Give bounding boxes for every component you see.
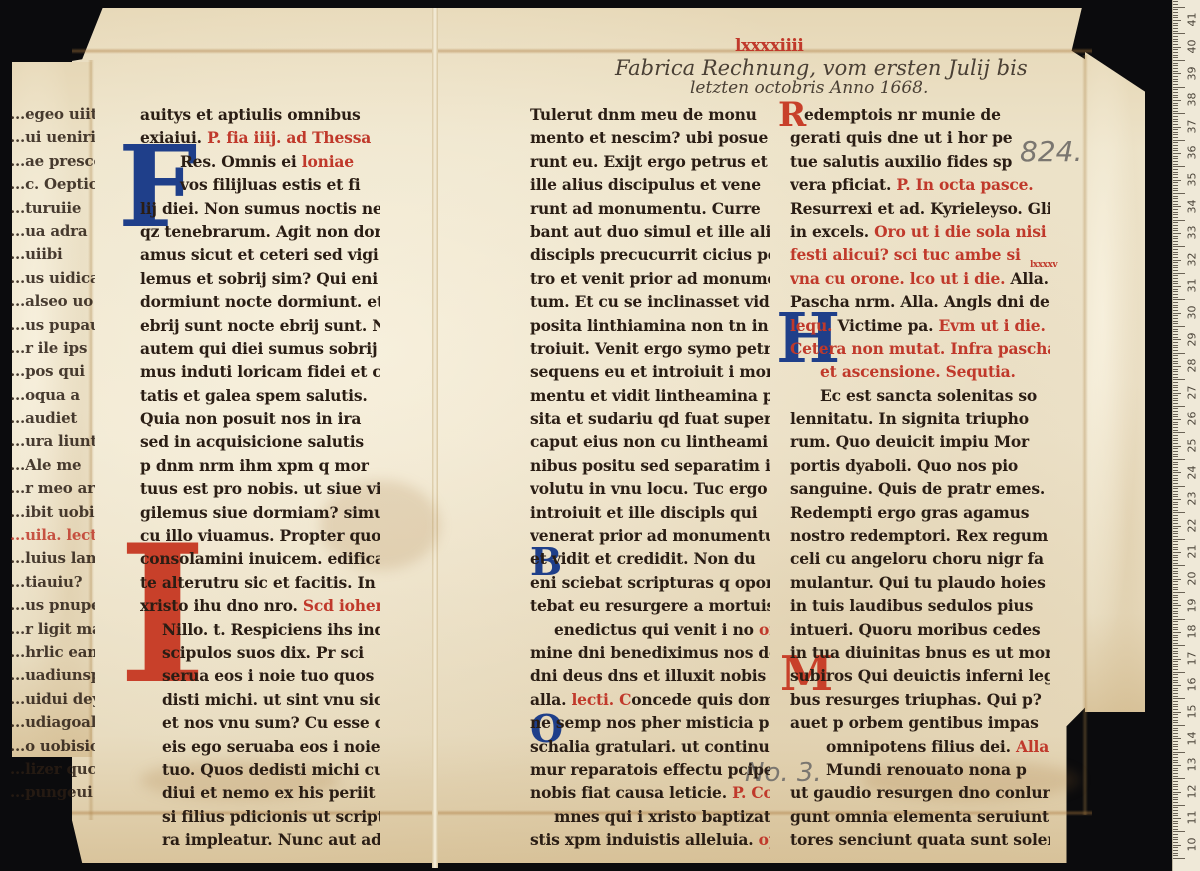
ruler-label: 26 — [1186, 410, 1199, 428]
ruler-tick — [1173, 494, 1178, 495]
text-line: tro et venit prior ad monume — [530, 267, 770, 290]
ruler-tick — [1173, 704, 1178, 705]
ruler-tick — [1173, 738, 1181, 739]
ruler-tick — [1173, 725, 1185, 726]
ruler-tick — [1173, 717, 1178, 718]
ruler-tick — [1173, 839, 1178, 840]
ruler-tick — [1173, 603, 1178, 604]
text-line-rubric: festi alicui? sci tuc ambe si — [790, 243, 1050, 266]
ruler-tick — [1173, 307, 1178, 308]
ruler-tick — [1173, 685, 1181, 686]
ruler-tick — [1173, 520, 1178, 521]
ruler-tick — [1173, 669, 1178, 670]
text-line: ...pos qui — [10, 361, 95, 384]
ruler-tick — [1173, 252, 1178, 253]
ruler-tick — [1173, 432, 1185, 433]
ruler-tick — [1173, 502, 1178, 503]
ruler-tick — [1173, 137, 1178, 138]
ruler-tick — [1173, 331, 1178, 332]
text-line: ...r ile ips — [10, 338, 95, 361]
text-line: troiuit. Venit ergo symo petr — [530, 337, 770, 360]
text-line: ...luius lam — [10, 548, 95, 571]
ruler-label: 31 — [1186, 277, 1199, 295]
ruler-tick — [1173, 31, 1178, 32]
ruler-tick — [1173, 95, 1178, 96]
text-line: ne semp nos pher misticia pa — [530, 711, 770, 734]
ruler-tick — [1173, 190, 1178, 191]
ruler-label: 15 — [1186, 703, 1199, 721]
text-line: sequens eu et introiuit i monu — [530, 360, 770, 383]
ruler-tick — [1173, 25, 1178, 26]
ruler-tick — [1173, 754, 1178, 755]
ruler-tick — [1173, 416, 1178, 417]
ruler-tick — [1173, 177, 1178, 178]
ruler-tick — [1173, 467, 1178, 468]
ruler-tick — [1173, 701, 1178, 702]
ruler-tick — [1173, 794, 1178, 795]
text-line: ...ua adra — [10, 221, 95, 244]
ruler-tick — [1173, 204, 1178, 205]
text-line: Resurrexi et ad. Kyrieleyso. Glia — [790, 197, 1050, 220]
text-line: tue salutis auxilio fides sp — [790, 150, 1050, 173]
text-line: mur reparatois effectu pcipe — [530, 758, 770, 781]
ruler-tick — [1173, 411, 1178, 412]
ruler-tick — [1173, 313, 1181, 314]
text-line: ...pungeui — [10, 782, 95, 805]
ruler-tick — [1173, 544, 1178, 545]
ruler-tick — [1173, 382, 1178, 383]
text-line: gilemus siue dormiam? simul — [140, 501, 380, 524]
text-line: Nillo. t. Respiciens ihs indi — [140, 618, 380, 641]
text-line: ...us pupaue — [10, 315, 95, 338]
ruler-tick — [1173, 488, 1178, 489]
ruler-tick — [1173, 690, 1178, 691]
text-line: mnes qui i xristo baptizati e — [530, 805, 770, 828]
text-line: auet p orbem gentibus impas — [790, 711, 1050, 734]
ruler-tick — [1173, 238, 1178, 239]
ruler-tick — [1173, 722, 1178, 723]
ruler-tick — [1173, 595, 1178, 596]
ruler-tick — [1173, 185, 1178, 186]
ruler-tick — [1173, 563, 1178, 564]
ruler-label: 23 — [1186, 490, 1199, 508]
text-line: mulantur. Qui tu plaudo hoies — [790, 571, 1050, 594]
ruler-tick — [1173, 92, 1178, 93]
ruler-tick — [1173, 119, 1178, 120]
text-line: bant aut duo simul et ille ali — [530, 220, 770, 243]
ruler-tick — [1173, 214, 1178, 215]
ruler-tick — [1173, 600, 1178, 601]
ruler-tick — [1173, 624, 1178, 625]
ruler-tick — [1173, 592, 1185, 593]
ruler-tick — [1173, 79, 1178, 80]
ruler-tick — [1173, 158, 1178, 159]
ruler-tick — [1173, 403, 1178, 404]
ruler-tick — [1173, 491, 1178, 492]
ruler-tick — [1173, 635, 1178, 636]
ruler-tick — [1173, 33, 1185, 34]
ruler-tick — [1173, 629, 1178, 630]
ruler-tick — [1173, 557, 1178, 558]
ruler-tick — [1173, 291, 1178, 292]
ruler-tick — [1173, 589, 1178, 590]
ruler-tick — [1173, 627, 1178, 628]
ruler-tick — [1173, 275, 1178, 276]
ruler-tick — [1173, 730, 1178, 731]
ruler-tick — [1173, 81, 1178, 82]
ruler-tick — [1173, 281, 1178, 282]
ruler-tick — [1173, 536, 1178, 537]
text-line: tores senciunt quata sunt solemna. — [790, 828, 1050, 851]
ruler-label: 17 — [1186, 649, 1199, 667]
ruler-tick — [1173, 321, 1178, 322]
ruler-tick — [1173, 510, 1178, 511]
ruler-tick — [1173, 579, 1181, 580]
top-fold-line — [72, 48, 1092, 54]
ruler-tick — [1173, 188, 1178, 189]
ruler-tick — [1173, 4, 1178, 5]
text-line: nostro redemptori. Rex regum — [790, 524, 1050, 547]
ruler-label: 34 — [1186, 197, 1199, 215]
ruler-tick — [1173, 390, 1178, 391]
ruler-tick — [1173, 746, 1178, 747]
ruler-tick — [1173, 310, 1178, 311]
ruler-label: 19 — [1186, 596, 1199, 614]
ruler-tick — [1173, 571, 1178, 572]
ruler-tick — [1173, 637, 1178, 638]
ruler-tick — [1173, 478, 1178, 479]
ruler-tick — [1173, 831, 1185, 832]
ruler-tick — [1173, 549, 1178, 550]
ruler-tick — [1173, 688, 1178, 689]
ruler-tick — [1173, 813, 1178, 814]
ruler-tick — [1173, 515, 1178, 516]
text-line: ...us uidica — [10, 268, 95, 291]
text-line: enedictus qui venit i no offi. — [530, 618, 770, 641]
ruler-tick — [1173, 776, 1178, 777]
ruler-tick — [1173, 161, 1178, 162]
text-line: mus induti loricam fidei et cari — [140, 360, 380, 383]
archival-title-line1: Fabrica Rechnung, vom ersten Julij bis — [615, 56, 1028, 80]
text-line: mine dni benediximus nos de domo — [530, 641, 770, 664]
ruler-tick — [1173, 523, 1178, 524]
ruler-tick — [1173, 347, 1178, 348]
ruler-tick — [1173, 73, 1181, 74]
ruler-tick — [1173, 480, 1178, 481]
text-line: mentu et vidit lintheamina po — [530, 384, 770, 407]
ruler-tick — [1173, 297, 1178, 298]
ruler-tick — [1173, 762, 1178, 763]
text-line: ...c. Oeptio — [10, 174, 95, 197]
text-line: ...ibit uobis. — [10, 502, 95, 525]
ruler-tick — [1173, 640, 1178, 641]
ruler-tick — [1173, 797, 1178, 798]
ruler-tick — [1173, 52, 1178, 53]
ruler-label: 42 — [1186, 0, 1199, 2]
text-line: lemus et sobrij sim? Qui eni — [140, 267, 380, 290]
ruler-label: 11 — [1186, 809, 1199, 827]
text-line: ...uidui deyer — [10, 689, 95, 712]
ruler-tick — [1173, 36, 1178, 37]
ruler-tick — [1173, 823, 1178, 824]
text-line: tatis et galea spem salutis. — [140, 384, 380, 407]
ruler-tick — [1173, 377, 1178, 378]
ruler-label: 21 — [1186, 543, 1199, 561]
ruler-tick — [1173, 584, 1178, 585]
right-fold-line — [1082, 55, 1088, 815]
ruler-tick — [1173, 661, 1178, 662]
text-line: ...audiet — [10, 408, 95, 431]
ruler-tick — [1173, 518, 1178, 519]
ruler-tick — [1173, 706, 1178, 707]
ruler-label: 27 — [1186, 383, 1199, 401]
ruler-tick — [1173, 656, 1178, 657]
text-line: gerati quis dne ut i hor pe — [790, 126, 1050, 149]
text-line: Ec est sancta solenitas so — [790, 384, 1050, 407]
ruler-tick — [1173, 709, 1178, 710]
ruler-tick — [1173, 201, 1178, 202]
ruler-tick — [1173, 696, 1178, 697]
ruler-label: 25 — [1186, 437, 1199, 455]
text-line: ...r ligit ma — [10, 619, 95, 642]
ruler-tick — [1173, 651, 1178, 652]
text-line: consolamini inuicem. edifica — [140, 547, 380, 570]
ruler-label: 32 — [1186, 250, 1199, 268]
ruler-tick — [1173, 116, 1178, 117]
ruler-label: 33 — [1186, 224, 1199, 242]
ruler-tick — [1173, 765, 1181, 766]
ruler-tick — [1173, 486, 1185, 487]
ruler-label: 37 — [1186, 117, 1199, 135]
ruler-tick — [1173, 784, 1178, 785]
text-line: xristo ihu dno nro. Scd iohem. — [140, 594, 380, 617]
ruler-tick — [1173, 733, 1178, 734]
ruler-tick — [1173, 254, 1178, 255]
ruler-tick — [1173, 350, 1178, 351]
ruler-tick — [1173, 41, 1178, 42]
ruler-tick — [1173, 698, 1185, 699]
ruler-tick — [1173, 552, 1181, 553]
ruler-tick — [1173, 345, 1178, 346]
ruler-tick — [1173, 666, 1178, 667]
ruler-tick — [1173, 419, 1181, 420]
ruler-tick — [1173, 573, 1178, 574]
ruler-tick — [1173, 217, 1178, 218]
text-line: ...tiauiu? — [10, 572, 95, 595]
ruler-tick — [1173, 246, 1185, 247]
text-line: gunt omnia elementa seruiunt et aut — [790, 805, 1050, 828]
ruler-tick — [1173, 323, 1178, 324]
text-line-rubric: ...uila. lecti. — [10, 525, 95, 548]
ruler-tick — [1173, 339, 1181, 340]
ruler-tick — [1173, 169, 1178, 170]
ruler-tick — [1173, 672, 1185, 673]
ruler-tick — [1173, 786, 1178, 787]
ruler-tick — [1173, 760, 1178, 761]
ruler-tick — [1173, 621, 1178, 622]
ruler-tick — [1173, 443, 1178, 444]
ruler-tick — [1173, 781, 1178, 782]
ruler-tick — [1173, 369, 1178, 370]
text-column-1: auitys et aptiulis omnibus exiaiui. P. f… — [140, 103, 380, 852]
ruler-tick — [1173, 145, 1178, 146]
ruler-tick — [1173, 565, 1185, 566]
ruler-tick — [1173, 826, 1178, 827]
text-line: amus sicut et ceteri sed vigi — [140, 243, 380, 266]
ruler-tick — [1173, 408, 1178, 409]
ruler-tick — [1173, 744, 1178, 745]
text-line: nobis fiat causa leticie. P. Co. — [530, 781, 770, 804]
ruler-tick — [1173, 773, 1178, 774]
text-line: eni sciebat scripturas q oporte — [530, 571, 770, 594]
ruler-tick — [1173, 148, 1178, 149]
ruler-tick — [1173, 153, 1181, 154]
ruler-tick — [1173, 541, 1178, 542]
ruler-label: 36 — [1186, 144, 1199, 162]
ruler-tick — [1173, 315, 1178, 316]
text-line: in tuis laudibus sedulos pius — [790, 594, 1050, 617]
text-line: ...ui ueniril — [10, 127, 95, 150]
ruler-tick — [1173, 422, 1178, 423]
ruler-label: 18 — [1186, 623, 1199, 641]
ruler-tick — [1173, 531, 1178, 532]
ruler-tick — [1173, 9, 1178, 10]
ruler-tick — [1173, 294, 1178, 295]
text-line-rubric: et ascensione. Sequtia. — [790, 360, 1050, 383]
ruler-tick — [1173, 581, 1178, 582]
ruler-tick — [1173, 528, 1178, 529]
ruler-tick — [1173, 57, 1178, 58]
ruler-tick — [1173, 768, 1178, 769]
ruler-tick — [1173, 802, 1178, 803]
text-line: ut gaudio resurgen dno conlur — [790, 781, 1050, 804]
ruler-tick — [1173, 156, 1178, 157]
text-line: tuo. Quos dedisti michi custo — [140, 758, 380, 781]
text-line: runt ad monumentu. Curre — [530, 197, 770, 220]
ruler-tick — [1173, 236, 1178, 237]
text-line: ...Ale me — [10, 455, 95, 478]
ruler-tick — [1173, 770, 1178, 771]
ruler-tick — [1173, 68, 1178, 69]
ruler-tick — [1173, 286, 1181, 287]
ruler-tick — [1173, 84, 1178, 85]
text-line: ...ae presce — [10, 151, 95, 174]
ruler-tick — [1173, 371, 1178, 372]
ruler-tick — [1173, 124, 1178, 125]
ruler-tick — [1173, 613, 1178, 614]
ruler-tick — [1173, 430, 1178, 431]
ruler-tick — [1173, 664, 1178, 665]
ruler-tick — [1173, 182, 1178, 183]
ruler-tick — [1173, 39, 1178, 40]
ruler-tick — [1173, 821, 1178, 822]
ruler-tick — [1173, 576, 1178, 577]
ruler-tick — [1173, 424, 1178, 425]
ruler-tick — [1173, 555, 1178, 556]
ruler-tick — [1173, 512, 1185, 513]
text-line: ...udiagoalla — [10, 712, 95, 735]
ruler-label: 16 — [1186, 676, 1199, 694]
ruler-tick — [1173, 714, 1178, 715]
ruler-tick — [1173, 353, 1185, 354]
text-line: caput eius non cu lintheami — [530, 430, 770, 453]
ruler-tick — [1173, 260, 1181, 261]
ruler-tick — [1173, 196, 1178, 197]
text-line: sanguine. Quis de pratr emes. — [790, 477, 1050, 500]
ruler-label: 39 — [1186, 64, 1199, 82]
ruler-tick — [1173, 273, 1185, 274]
ruler-tick — [1173, 164, 1178, 165]
ruler-tick — [1173, 435, 1178, 436]
text-line: et nos vnu sum? Cu esse cum — [140, 711, 380, 734]
text-line: mento et nescim? ubi posue — [530, 126, 770, 149]
text-line: venerat prior ad monumentu — [530, 524, 770, 547]
ruler-tick — [1173, 507, 1178, 508]
ruler-tick — [1173, 395, 1178, 396]
ruler-tick — [1173, 736, 1178, 737]
ruler-tick — [1173, 815, 1178, 816]
ruler-tick — [1173, 222, 1178, 223]
text-line: dormiunt nocte dormiunt. et q — [140, 290, 380, 313]
ruler-tick — [1173, 470, 1178, 471]
ruler-tick — [1173, 605, 1181, 606]
ruler-tick — [1173, 805, 1185, 806]
text-line: Tulerut dnm meu de monu — [530, 103, 770, 126]
ruler-tick — [1173, 398, 1178, 399]
ruler-tick — [1173, 427, 1178, 428]
text-line: stis xpm induistis alleluia. opl. — [530, 828, 770, 851]
ruler-label: 28 — [1186, 357, 1199, 375]
ruler-tick — [1173, 842, 1178, 843]
ruler-tick — [1173, 440, 1178, 441]
ruler-tick — [1173, 302, 1178, 303]
ruler-tick — [1173, 103, 1178, 104]
text-line: in excels. Oro ut i die sola nisi — [790, 220, 1050, 243]
ruler-tick — [1173, 28, 1178, 29]
text-line: vos filijluas estis et fi — [140, 173, 380, 196]
ruler-tick — [1173, 262, 1178, 263]
ruler-tick — [1173, 693, 1178, 694]
ruler-tick — [1173, 752, 1185, 753]
ruler-tick — [1173, 414, 1178, 415]
ruler-tick — [1173, 220, 1185, 221]
ruler-tick — [1173, 44, 1178, 45]
ruler-label: 12 — [1186, 782, 1199, 800]
ruler-tick — [1173, 358, 1178, 359]
text-line: nibus positu sed separatim in — [530, 454, 770, 477]
ruler-tick — [1173, 757, 1178, 758]
ruler-label: 13 — [1186, 756, 1199, 774]
ruler-tick — [1173, 587, 1178, 588]
ruler-tick — [1173, 97, 1178, 98]
ruler-tick — [1173, 113, 1185, 114]
ruler-tick — [1173, 65, 1178, 66]
measurement-ruler: 1011121314151617181920212223242526272829… — [1172, 0, 1200, 871]
text-line: ra impleatur. Nunc aut ad te — [140, 828, 380, 851]
text-line: omnipotens filius dei. Alla. lcct. — [790, 735, 1050, 758]
text-line: et vidit et credidit. Non du — [530, 547, 770, 570]
ruler-tick — [1173, 749, 1178, 750]
ruler-tick — [1173, 127, 1181, 128]
text-line: alla. lecti. Concede quis domi — [530, 688, 770, 711]
ruler-tick — [1173, 326, 1185, 327]
text-line: serua eos i noie tuo quos de — [140, 664, 380, 687]
ruler-tick — [1173, 212, 1178, 213]
text-line: ...o uobisio — [10, 736, 95, 759]
ruler-tick — [1173, 560, 1178, 561]
text-line: ...lizer quch — [10, 759, 95, 782]
ruler-tick — [1173, 464, 1178, 465]
